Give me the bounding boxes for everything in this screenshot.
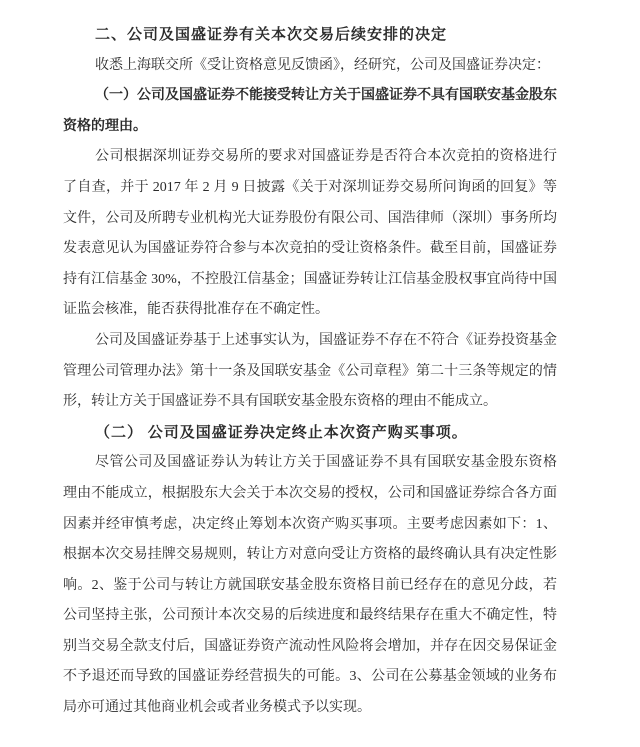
text-line: （一）公司及国盛证券不能接受转让方关于国盛证券不具有国联安基金股东 [63,81,557,112]
paragraph-sub-heading: （一）公司及国盛证券不能接受转让方关于国盛证券不具有国联安基金股东资格的理由。 [63,81,557,142]
text-line: 理由不能成立，根据股东大会关于本次交易的授权，公司和国盛证券综合各方面 [63,479,557,510]
text-line: 因素并经审慎考虑，决定终止筹划本次资产购买事项。主要考虑因素如下：1、 [63,510,557,541]
text-line: 公司及国盛证券基于上述事实认为，国盛证券不存在不符合《证券投资基金 [63,326,557,357]
text-line: 局亦可通过其他商业机会或者业务模式予以实现。 [63,693,557,724]
text-line: 发表意见认为国盛证券符合参与本次竞拍的受让资格条件。截至目前，国盛证券 [63,234,557,265]
text-line: 公司根据深圳证券交易所的要求对国盛证券是否符合本次竞拍的资格进行 [63,142,557,173]
text-line: 响。2、鉴于公司与转让方就国联安基金股东资格目前已经存在的意见分歧，若 [63,571,557,602]
text-line: 别当交易全款支付后，国盛证券资产流动性风险将会增加，并存在因交易保证金 [63,632,557,663]
paragraph-section-heading: 二、公司及国盛证券有关本次交易后续安排的决定 [63,20,557,51]
paragraph-body: 公司及国盛证券基于上述事实认为，国盛证券不存在不符合《证券投资基金管理公司管理办… [63,326,557,418]
text-line: 持有江信基金 30%，不控股江信基金；国盛证券转让江信基金股权事宜尚待中国 [63,265,557,296]
text-line: 管理公司管理办法》第十一条及国联安基金《公司章程》第二十三条等规定的情 [63,357,557,388]
text-line: 不予退还而导致的国盛证券经营损失的可能。3、公司在公募基金领域的业务布 [63,662,557,693]
document-page: 二、公司及国盛证券有关本次交易后续安排的决定收悉上海联交所《受让资格意见反馈函》… [0,0,640,747]
paragraph-body: 尽管公司及国盛证券认为转让方关于国盛证券不具有国联安基金股东资格理由不能成立，根… [63,448,557,723]
text-line: 二、公司及国盛证券有关本次交易后续安排的决定 [63,20,557,51]
text-line: 文件，公司及所聘专业机构光大证券股份有限公司、国浩律师（深圳）事务所均 [63,204,557,235]
text-line: 尽管公司及国盛证券认为转让方关于国盛证券不具有国联安基金股东资格 [63,448,557,479]
text-line: 形，转让方关于国盛证券不具有国联安基金股东资格的理由不能成立。 [63,387,557,418]
text-line: 根据本次交易挂牌交易规则，转让方对意向受让方资格的最终确认具有决定性影 [63,540,557,571]
paragraph-body: 收悉上海联交所《受让资格意见反馈函》，经研究，公司及国盛证券决定： [63,51,557,82]
text-line: 资格的理由。 [63,112,557,143]
text-line: 收悉上海联交所《受让资格意见反馈函》，经研究，公司及国盛证券决定： [63,51,557,82]
text-line: （二） 公司及国盛证券决定终止本次资产购买事项。 [63,418,557,449]
text-line: 证监会核准，能否获得批准存在不确定性。 [63,295,557,326]
paragraph-sub-heading: （二） 公司及国盛证券决定终止本次资产购买事项。 [63,418,557,449]
text-line: 公司坚持主张，公司预计本次交易的后续进度和最终结果存在重大不确定性，特 [63,601,557,632]
text-line: 了自查，并于 2017 年 2 月 9 日披露《关于对深圳证券交易所问询函的回复… [63,173,557,204]
paragraph-body: 公司根据深圳证券交易所的要求对国盛证券是否符合本次竞拍的资格进行了自查，并于 2… [63,142,557,326]
